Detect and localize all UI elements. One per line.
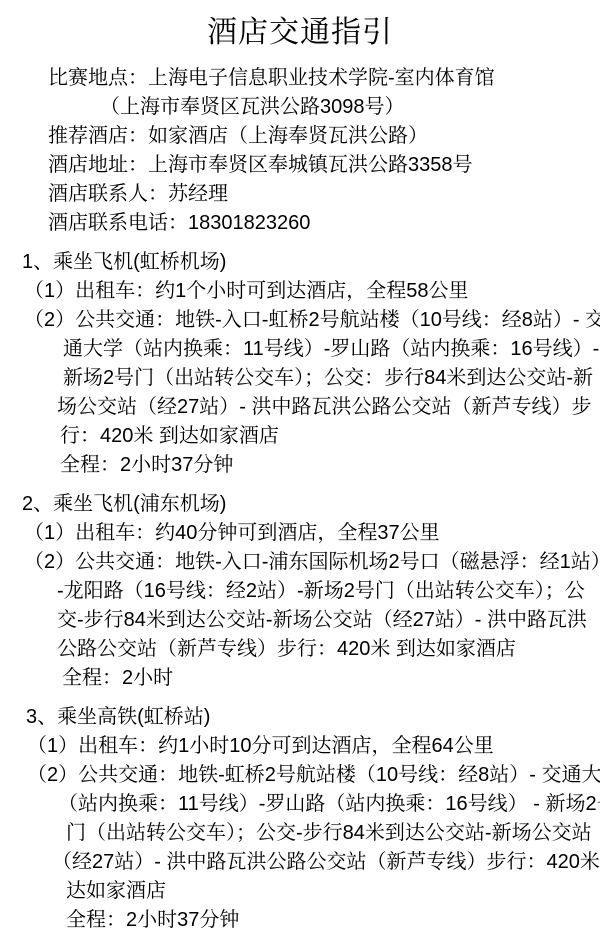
section-hongqiao-airport: 1、乘坐飞机(虹桥机场) （1）出租车：约1个小时可到达酒店，全程58公里 （2…	[0, 248, 600, 480]
section-heading: 2、乘坐飞机(浦东机场)	[0, 490, 600, 519]
route-line: （1）出租车：约40分钟可到酒店，全程37公里	[0, 519, 600, 548]
info-line-venue: 比赛地点：上海电子信息职业技术学院-室内体育馆	[0, 64, 600, 93]
route-line: （1）出租车：约1小时10分可到达酒店，全程64公里	[0, 732, 600, 761]
section-hongqiao-railway: 3、乘坐高铁(虹桥站) （1）出租车：约1小时10分可到达酒店，全程64公里 （…	[0, 703, 600, 935]
info-line-venue-address: （上海市奉贤区瓦洪公路3098号）	[0, 93, 600, 122]
route-line: 行：420米 到达如家酒店	[0, 422, 600, 451]
info-line-hotel-address: 酒店地址：上海市奉贤区奉城镇瓦洪公路3358号	[0, 151, 600, 180]
route-line: 达如家酒店	[0, 877, 600, 906]
page-title: 酒店交通指引	[0, 0, 600, 52]
route-line: 场公交站（经27站）- 洪中路瓦洪公路公交站（新芦专线）步	[0, 393, 600, 422]
route-line: 交-步行84米到达公交站-新场公交站（经27站）- 洪中路瓦洪	[0, 606, 600, 635]
section-heading: 1、乘坐飞机(虹桥机场)	[0, 248, 600, 277]
route-line: -龙阳路（16号线：经2站）-新场2号门（出站转公交车）；公	[0, 577, 600, 606]
route-line: （2）公共交通：地铁-入口-浦东国际机场2号口（磁悬浮：经1站）	[0, 548, 600, 577]
route-line: （1）出租车：约1个小时可到达酒店，全程58公里	[0, 277, 600, 306]
route-line: （经27站）- 洪中路瓦洪公路公交站（新芦专线）步行：420米 到	[0, 848, 600, 877]
route-total-time: 全程：2小时37分钟	[0, 451, 600, 480]
route-line: （2）公共交通：地铁-入口-虹桥2号航站楼（10号线：经8站）- 交	[0, 306, 600, 335]
route-line: 新场2号门（出站转公交车）；公交：步行84米到达公交站-新	[0, 364, 600, 393]
venue-hotel-info: 比赛地点：上海电子信息职业技术学院-室内体育馆 （上海市奉贤区瓦洪公路3098号…	[0, 64, 600, 238]
info-line-hotel: 推荐酒店：如家酒店（上海奉贤瓦洪公路）	[0, 122, 600, 151]
info-line-contact-phone: 酒店联系电话：18301823260	[0, 209, 600, 238]
route-line: （站内换乘：11号线）-罗山路（站内换乘：16号线） - 新场2号	[0, 790, 600, 819]
section-pudong-airport: 2、乘坐飞机(浦东机场) （1）出租车：约40分钟可到酒店，全程37公里 （2）…	[0, 490, 600, 693]
route-line: 公路公交站（新芦专线）步行：420米 到达如家酒店	[0, 635, 600, 664]
route-line: 通大学（站内换乘：11号线）-罗山路（站内换乘：16号线）-	[0, 335, 600, 364]
route-total-time: 全程：2小时	[0, 664, 600, 693]
route-line: （2）公共交通：地铁-虹桥2号航站楼（10号线：经8站）- 交通大学	[0, 761, 600, 790]
route-line: 门（出站转公交车）；公交-步行84米到达公交站-新场公交站	[0, 819, 600, 848]
section-heading: 3、乘坐高铁(虹桥站)	[0, 703, 600, 732]
info-line-contact-person: 酒店联系人：苏经理	[0, 180, 600, 209]
route-total-time: 全程：2小时37分钟	[0, 906, 600, 935]
